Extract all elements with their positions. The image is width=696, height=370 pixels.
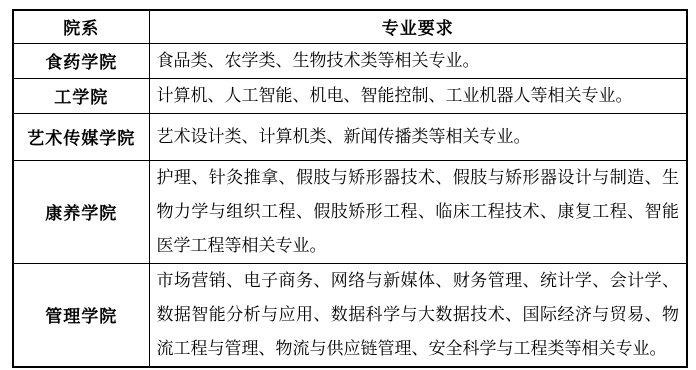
college-name-cell: 管理学院 bbox=[13, 263, 149, 367]
college-name-cell: 食药学院 bbox=[13, 43, 149, 78]
table-row: 艺术传媒学院 艺术设计类、计算机类、新闻传播类等相关专业。 bbox=[13, 113, 687, 160]
college-name-cell: 康养学院 bbox=[13, 160, 149, 263]
majors-cell: 艺术设计类、计算机类、新闻传播类等相关专业。 bbox=[149, 113, 687, 160]
requirements-table: 院系 专业要求 食药学院 食品类、农学类、生物技术类等相关专业。 工学院 计算机… bbox=[12, 9, 688, 368]
college-name-cell: 艺术传媒学院 bbox=[13, 113, 149, 160]
table-row: 康养学院 护理、针灸推拿、假肢与矫形器技术、假肢与矫形器设计与制造、生物力学与组… bbox=[13, 160, 687, 263]
table-row: 工学院 计算机、人工智能、机电、智能控制、工业机器人等相关专业。 bbox=[13, 78, 687, 113]
table-row: 管理学院 市场营销、电子商务、网络与新媒体、财务管理、统计学、会计学、数据智能分… bbox=[13, 263, 687, 367]
table-row: 食药学院 食品类、农学类、生物技术类等相关专业。 bbox=[13, 43, 687, 78]
page: 院系 专业要求 食药学院 食品类、农学类、生物技术类等相关专业。 工学院 计算机… bbox=[0, 0, 696, 370]
majors-cell: 护理、针灸推拿、假肢与矫形器技术、假肢与矫形器设计与制造、生物力学与组织工程、假… bbox=[149, 160, 687, 263]
college-name-cell: 工学院 bbox=[13, 78, 149, 113]
column-header-college: 院系 bbox=[13, 10, 149, 43]
column-header-majors: 专业要求 bbox=[149, 10, 687, 43]
majors-cell: 市场营销、电子商务、网络与新媒体、财务管理、统计学、会计学、数据智能分析与应用、… bbox=[149, 263, 687, 367]
majors-cell: 食品类、农学类、生物技术类等相关专业。 bbox=[149, 43, 687, 78]
majors-cell: 计算机、人工智能、机电、智能控制、工业机器人等相关专业。 bbox=[149, 78, 687, 113]
header-row: 院系 专业要求 bbox=[13, 10, 687, 43]
